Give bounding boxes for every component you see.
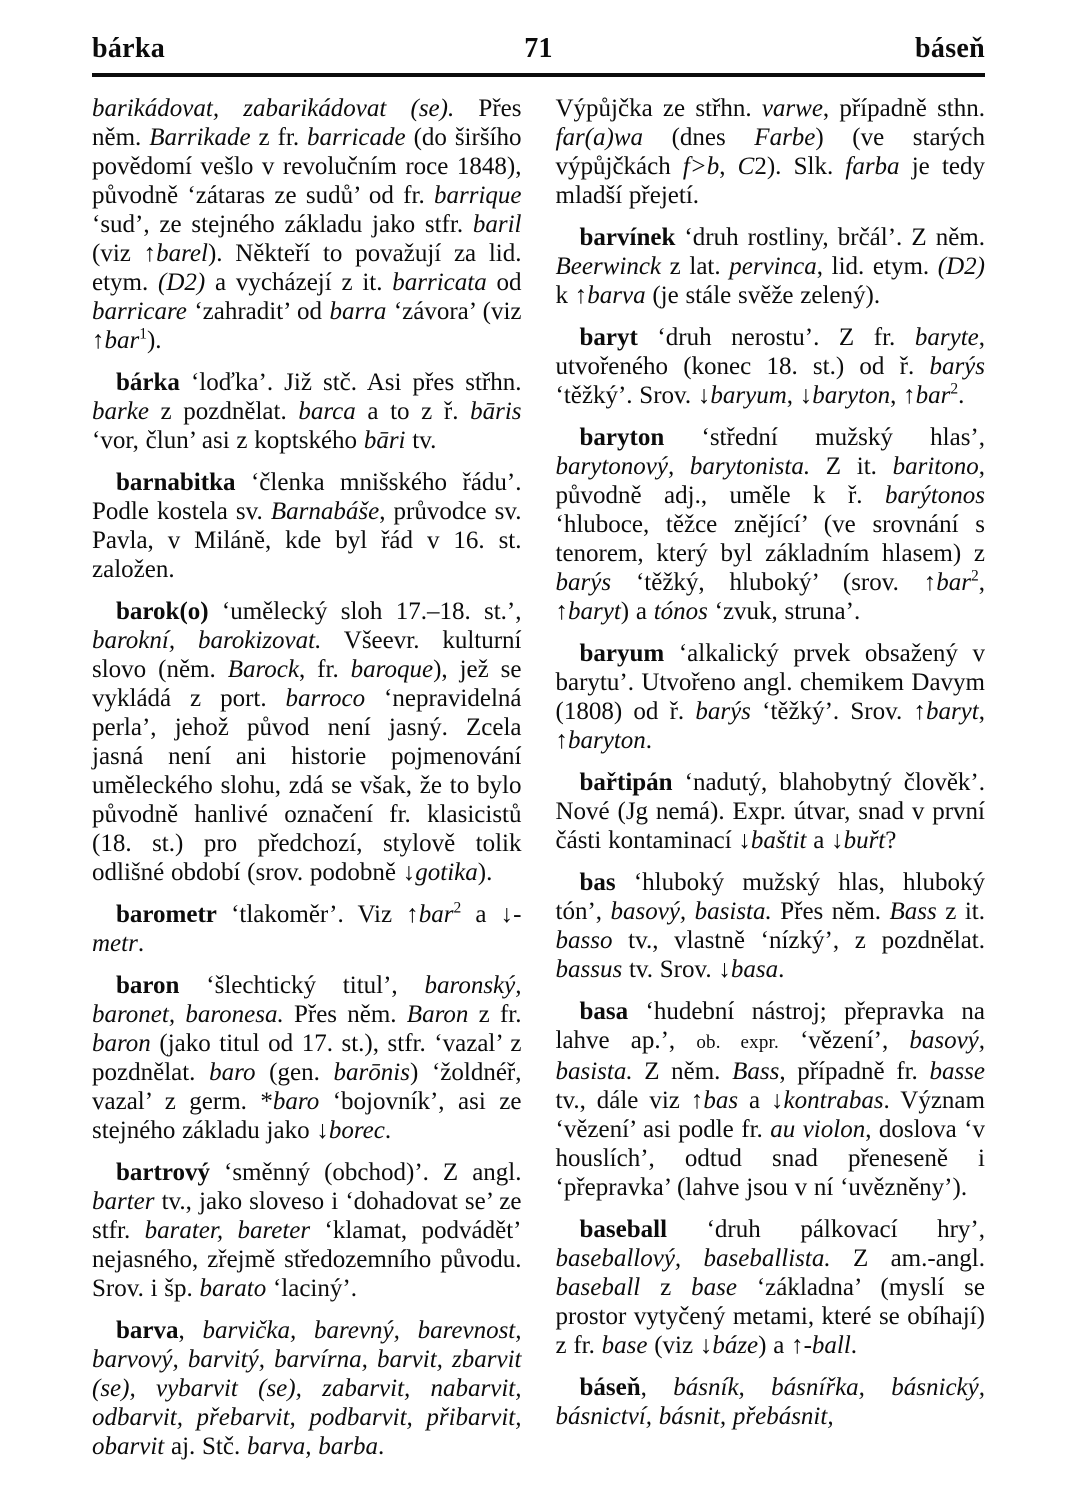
entry-barva: barva, barvička, barevný, barevnost, bar… [92, 1316, 522, 1461]
entry-bartipan: bařtipán ‘nadutý, blahobytný člověk’. No… [556, 768, 986, 855]
running-head-right-word: báseň [687, 34, 985, 64]
dictionary-page: bárka 71 báseň barikádovat, zabarikádova… [0, 0, 1069, 1500]
entry-barometr: barometr ‘tlakoměr’. Viz ↑bar2 a ↓-metr. [92, 900, 522, 958]
entry-basen: báseň, básník, básnířka, básnický, básni… [556, 1373, 986, 1431]
page-number: 71 [390, 34, 688, 64]
entry-baroko: barok(o) ‘umělecký sloh 17.–18. st.’, ba… [92, 597, 522, 887]
entry-barka: bárka ‘loďka’. Již stč. Asi přes střhn. … [92, 368, 522, 455]
entry-baron: baron ‘šlechtický titul’, baronský, baro… [92, 971, 522, 1145]
entry-barikadovat-continued: barikádovat, zabarikádovat (se). Přes ně… [92, 94, 522, 355]
header-rule [92, 73, 985, 77]
entry-barnabitka: barnabitka ‘členka mnišského řádu’. Podl… [92, 468, 522, 584]
entry-barvinek: barvínek ‘druh rostliny, brčál’. Z něm. … [556, 223, 986, 310]
entry-baseball: baseball ‘druh pálkovací hry’, baseballo… [556, 1215, 986, 1360]
right-column: Výpůjčka ze střhn. varwe, případně sthn.… [556, 94, 986, 1474]
entry-baryt: baryt ‘druh nerostu’. Z fr. baryte, utvo… [556, 323, 986, 410]
entry-baryum: baryum ‘alkalický prvek obsažený v baryt… [556, 639, 986, 755]
entry-barva-continued: Výpůjčka ze střhn. varwe, případně sthn.… [556, 94, 986, 210]
entry-basa: basa ‘hudební nástroj; přepravka na lahv… [556, 997, 986, 1202]
entry-bas: bas ‘hluboký mužský hlas, hluboký tón’, … [556, 868, 986, 984]
entry-baryton: baryton ‘střední mužský hlas’, barytonov… [556, 423, 986, 626]
running-head: bárka 71 báseň [92, 34, 985, 64]
left-column: barikádovat, zabarikádovat (se). Přes ně… [92, 94, 522, 1474]
text-columns: barikádovat, zabarikádovat (se). Přes ně… [92, 94, 985, 1474]
running-head-left-word: bárka [92, 34, 390, 64]
entry-bartrovy: bartrový ‘směnný (obchod)’. Z angl. bart… [92, 1158, 522, 1303]
